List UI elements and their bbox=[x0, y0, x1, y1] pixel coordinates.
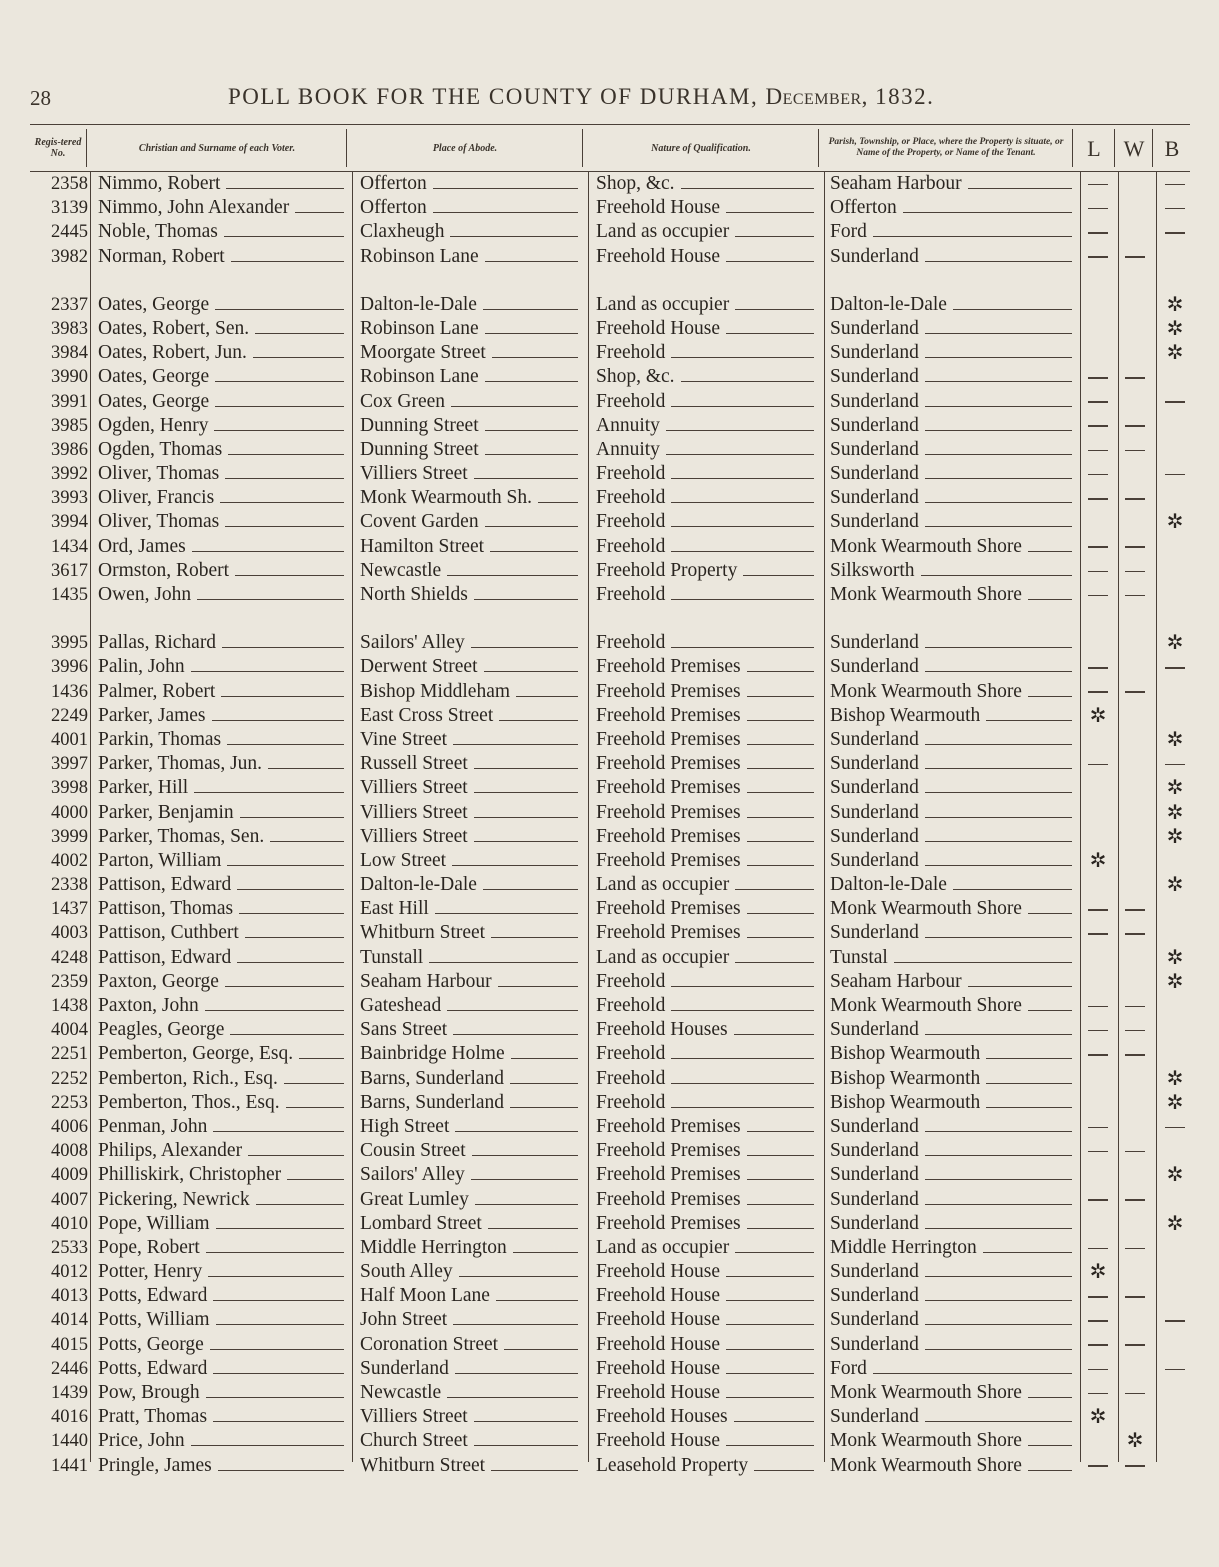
name-text: Owen, John bbox=[98, 584, 191, 605]
registered-no: 2251 bbox=[30, 1042, 88, 1066]
voter-name: Pattison, Cuthbert bbox=[98, 921, 348, 945]
qualification: Freehold bbox=[596, 1042, 818, 1066]
parish-text: Sunderland bbox=[830, 415, 919, 436]
abode-text: Coronation Street bbox=[360, 1334, 498, 1355]
qual-text: Land as occupier bbox=[596, 947, 729, 968]
dot-leader bbox=[747, 767, 814, 769]
vote-B bbox=[1158, 752, 1192, 776]
dot-leader bbox=[747, 912, 814, 914]
abode-text: Barns, Sunderland bbox=[360, 1092, 504, 1113]
place-of-abode: Lombard Street bbox=[360, 1212, 582, 1236]
vote-B bbox=[1158, 1115, 1192, 1139]
registered-no: 1441 bbox=[30, 1454, 88, 1478]
dot-leader bbox=[474, 1420, 578, 1422]
registered-no: 3983 bbox=[30, 317, 88, 341]
registered-no: 2338 bbox=[30, 873, 88, 897]
parish-text: Sunderland bbox=[830, 487, 919, 508]
qual-text: Freehold bbox=[596, 391, 665, 412]
registered-no: 3985 bbox=[30, 414, 88, 438]
place-of-abode: Sans Street bbox=[360, 1018, 582, 1042]
dot-leader bbox=[459, 1275, 578, 1277]
qualification: Freehold Premises bbox=[596, 704, 818, 728]
dot-leader bbox=[747, 816, 814, 818]
dot-leader bbox=[1028, 1469, 1072, 1471]
qualification: Annuity bbox=[596, 438, 818, 462]
registered-no: 1440 bbox=[30, 1429, 88, 1453]
dot-leader bbox=[747, 936, 814, 938]
voter-row: 2249 Parker, James East Cross Street Fre… bbox=[30, 704, 1190, 728]
vote-L bbox=[1082, 1188, 1114, 1212]
name-text: Pope, William bbox=[98, 1213, 210, 1234]
voter-name: Pemberton, George, Esq. bbox=[98, 1042, 348, 1066]
registered-no: 2249 bbox=[30, 704, 88, 728]
parish: Monk Wearmouth Shore bbox=[830, 680, 1076, 704]
voter-name: Paxton, John bbox=[98, 994, 348, 1018]
dot-leader bbox=[511, 1057, 578, 1059]
dot-leader bbox=[474, 816, 578, 818]
place-of-abode: Church Street bbox=[360, 1429, 582, 1453]
parish-text: Sunderland bbox=[830, 1189, 919, 1210]
title-month: December, bbox=[765, 84, 867, 109]
name-text: Parker, Hill bbox=[98, 777, 188, 798]
registered-no: 2253 bbox=[30, 1091, 88, 1115]
voter-row: 4001 Parkin, Thomas Vine Street Freehold… bbox=[30, 728, 1190, 752]
dot-leader bbox=[485, 380, 578, 382]
parish: Sunderland bbox=[830, 341, 1076, 365]
dot-leader bbox=[747, 695, 814, 697]
parish: Sunderland bbox=[830, 655, 1076, 679]
voter-row: 1439 Pow, Brough Newcastle Freehold Hous… bbox=[30, 1381, 1190, 1405]
dot-leader bbox=[453, 743, 578, 745]
parish-text: Sunderland bbox=[830, 850, 919, 871]
vote-B: ✲ bbox=[1158, 1212, 1192, 1237]
dash-mark-icon bbox=[1088, 474, 1108, 476]
voter-row: 3999 Parker, Thomas, Sen. Villiers Stree… bbox=[30, 825, 1190, 849]
voter-name: Pope, Robert bbox=[98, 1236, 348, 1260]
qualification: Freehold House bbox=[596, 1333, 818, 1357]
name-text: Oliver, Thomas bbox=[98, 463, 219, 484]
registered-no: 3994 bbox=[30, 510, 88, 534]
vote-B bbox=[1158, 172, 1192, 196]
dash-mark-icon bbox=[1088, 1248, 1108, 1250]
vote-L: ✲ bbox=[1082, 1405, 1114, 1430]
voter-row: 4014 Potts, William John Street Freehold… bbox=[30, 1308, 1190, 1332]
qual-text: Freehold bbox=[596, 463, 665, 484]
dot-leader bbox=[671, 1057, 814, 1059]
voter-name: Oliver, Francis bbox=[98, 486, 348, 510]
dot-leader bbox=[726, 1275, 814, 1277]
vote-L bbox=[1082, 994, 1114, 1018]
name-text: Peagles, George bbox=[98, 1019, 224, 1040]
dot-leader bbox=[248, 1154, 344, 1156]
parish: Sunderland bbox=[830, 1139, 1076, 1163]
place-of-abode: Dunning Street bbox=[360, 438, 582, 462]
voter-name: Pattison, Edward bbox=[98, 873, 348, 897]
place-of-abode: Whitburn Street bbox=[360, 921, 582, 945]
registered-no: 1436 bbox=[30, 680, 88, 704]
abode-text: Lombard Street bbox=[360, 1213, 482, 1234]
registered-no: 3995 bbox=[30, 631, 88, 655]
name-text: Pemberton, Rich., Esq. bbox=[98, 1068, 278, 1089]
registered-no: 4015 bbox=[30, 1333, 88, 1357]
abode-text: Seaham Harbour bbox=[360, 971, 492, 992]
parish: Bishop Wearmonth bbox=[830, 1067, 1076, 1091]
parish-text: Sunderland bbox=[830, 632, 919, 653]
registered-no: 4012 bbox=[30, 1260, 88, 1284]
parish-text: Sunderland bbox=[830, 391, 919, 412]
dash-mark-icon bbox=[1088, 1369, 1108, 1371]
star-mark-icon: ✲ bbox=[1167, 1213, 1184, 1235]
name-text: Parton, William bbox=[98, 850, 221, 871]
abode-text: Offerton bbox=[360, 173, 427, 194]
dot-leader bbox=[226, 187, 344, 189]
parish: Sunderland bbox=[830, 849, 1076, 873]
dash-mark-icon bbox=[1088, 571, 1108, 573]
qual-text: Freehold Premises bbox=[596, 753, 741, 774]
dot-leader bbox=[873, 1372, 1072, 1374]
qual-text: Leasehold Property bbox=[596, 1455, 748, 1476]
qual-text: Freehold Premises bbox=[596, 705, 741, 726]
qualification: Freehold Premises bbox=[596, 921, 818, 945]
voter-name: Pemberton, Thos., Esq. bbox=[98, 1091, 348, 1115]
qualification: Freehold Premises bbox=[596, 776, 818, 800]
dot-leader bbox=[227, 743, 344, 745]
dash-mark-icon bbox=[1088, 546, 1108, 548]
place-of-abode: Newcastle bbox=[360, 559, 582, 583]
name-text: Parkin, Thomas bbox=[98, 729, 221, 750]
registered-no: 4006 bbox=[30, 1115, 88, 1139]
qualification: Freehold Premises bbox=[596, 728, 818, 752]
parish-text: Sunderland bbox=[830, 826, 919, 847]
qual-text: Freehold Property bbox=[596, 560, 737, 581]
dot-leader bbox=[471, 1178, 578, 1180]
name-text: Noble, Thomas bbox=[98, 221, 218, 242]
vote-B bbox=[1158, 1308, 1192, 1332]
voter-row: 2445 Noble, Thomas Claxheugh Land as occ… bbox=[30, 220, 1190, 244]
dot-leader bbox=[671, 501, 814, 503]
dot-leader bbox=[743, 574, 814, 576]
voter-row: 4004 Peagles, George Sans Street Freehol… bbox=[30, 1018, 1190, 1042]
name-text: Pemberton, George, Esq. bbox=[98, 1043, 293, 1064]
parish: Dalton-le-Dale bbox=[830, 873, 1076, 897]
parish-text: Sunderland bbox=[830, 511, 919, 532]
qual-text: Freehold House bbox=[596, 1430, 720, 1451]
dash-mark-icon bbox=[1088, 1465, 1108, 1467]
parish: Monk Wearmouth Shore bbox=[830, 1381, 1076, 1405]
parish: Sunderland bbox=[830, 631, 1076, 655]
voter-name: Parker, James bbox=[98, 704, 348, 728]
vote-L bbox=[1082, 462, 1114, 486]
voter-name: Ord, James bbox=[98, 535, 348, 559]
dot-leader bbox=[230, 1033, 344, 1035]
place-of-abode: Derwent Street bbox=[360, 655, 582, 679]
star-mark-icon: ✲ bbox=[1127, 1430, 1144, 1452]
voter-row: 4008 Philips, Alexander Cousin Street Fr… bbox=[30, 1139, 1190, 1163]
parish: Sunderland bbox=[830, 510, 1076, 534]
dot-leader bbox=[925, 332, 1072, 334]
registered-no: 2252 bbox=[30, 1067, 88, 1091]
vote-L: ✲ bbox=[1082, 849, 1114, 874]
parish-text: Sunderland bbox=[830, 1334, 919, 1355]
dot-leader bbox=[671, 550, 814, 552]
dash-mark-icon bbox=[1088, 425, 1108, 427]
parish-text: Monk Wearmouth Shore bbox=[830, 1455, 1022, 1476]
parish-text: Sunderland bbox=[830, 777, 919, 798]
vote-B: ✲ bbox=[1158, 293, 1192, 318]
parish-text: Sunderland bbox=[830, 439, 919, 460]
section-gap bbox=[30, 607, 1190, 631]
name-text: Oliver, Francis bbox=[98, 487, 214, 508]
name-text: Pattison, Cuthbert bbox=[98, 922, 239, 943]
abode-text: Russell Street bbox=[360, 753, 468, 774]
qualification: Land as occupier bbox=[596, 1236, 818, 1260]
vote-L bbox=[1082, 1333, 1114, 1357]
voter-name: Pattison, Thomas bbox=[98, 897, 348, 921]
dash-mark-icon bbox=[1088, 1393, 1108, 1395]
voter-row: 3983 Oates, Robert, Sen. Robinson Lane F… bbox=[30, 317, 1190, 341]
voter-row: 4248 Pattison, Edward Tunstall Land as o… bbox=[30, 946, 1190, 970]
parish: Sunderland bbox=[830, 1333, 1076, 1357]
registered-no: 2337 bbox=[30, 293, 88, 317]
voter-row: 4010 Pope, William Lombard Street Freeho… bbox=[30, 1212, 1190, 1236]
dot-leader bbox=[218, 1469, 344, 1471]
registered-no: 2359 bbox=[30, 970, 88, 994]
qual-text: Freehold House bbox=[596, 246, 720, 267]
abode-text: Whitburn Street bbox=[360, 1455, 485, 1476]
voter-name: Pattison, Edward bbox=[98, 946, 348, 970]
dash-mark-icon bbox=[1088, 450, 1108, 452]
qualification: Freehold bbox=[596, 462, 818, 486]
parish-text: Sunderland bbox=[830, 753, 919, 774]
column-divider bbox=[818, 129, 819, 167]
dot-leader bbox=[231, 260, 344, 262]
name-text: Palin, John bbox=[98, 656, 185, 677]
qualification: Leasehold Property bbox=[596, 1454, 818, 1478]
place-of-abode: Gateshead bbox=[360, 994, 582, 1018]
header-name: Christian and Surname of each Voter. bbox=[88, 125, 346, 171]
page-number: 28 bbox=[30, 86, 51, 111]
voter-row: 3997 Parker, Thomas, Jun. Russell Street… bbox=[30, 752, 1190, 776]
dot-leader bbox=[925, 477, 1072, 479]
abode-text: South Alley bbox=[360, 1261, 453, 1282]
voter-name: Potts, Edward bbox=[98, 1284, 348, 1308]
qualification: Freehold Premises bbox=[596, 825, 818, 849]
parish: Sunderland bbox=[830, 390, 1076, 414]
qual-text: Freehold House bbox=[596, 1285, 720, 1306]
abode-text: East Hill bbox=[360, 898, 429, 919]
dot-leader bbox=[925, 791, 1072, 793]
dot-leader bbox=[953, 888, 1072, 890]
dot-leader bbox=[734, 1033, 814, 1035]
qualification: Freehold Property bbox=[596, 559, 818, 583]
abode-text: Claxheugh bbox=[360, 221, 444, 242]
name-text: Norman, Robert bbox=[98, 246, 225, 267]
dot-leader bbox=[726, 1299, 814, 1301]
abode-text: Cox Green bbox=[360, 391, 445, 412]
dot-leader bbox=[510, 1082, 578, 1084]
qual-text: Freehold Premises bbox=[596, 1213, 741, 1234]
abode-text: High Street bbox=[360, 1116, 449, 1137]
place-of-abode: Whitburn Street bbox=[360, 1454, 582, 1478]
qual-text: Freehold Premises bbox=[596, 1164, 741, 1185]
vote-L bbox=[1082, 1284, 1114, 1308]
registered-no: 4000 bbox=[30, 801, 88, 825]
dot-leader bbox=[215, 405, 344, 407]
qual-text: Freehold Premises bbox=[596, 681, 741, 702]
dash-mark-icon bbox=[1125, 571, 1145, 573]
dot-leader bbox=[754, 1469, 814, 1471]
registered-no: 1439 bbox=[30, 1381, 88, 1405]
dot-leader bbox=[726, 1323, 814, 1325]
parish-text: Sunderland bbox=[830, 729, 919, 750]
dot-leader bbox=[925, 1130, 1072, 1132]
dot-leader bbox=[968, 187, 1072, 189]
place-of-abode: Bainbridge Holme bbox=[360, 1042, 582, 1066]
star-mark-icon: ✲ bbox=[1167, 947, 1184, 969]
page-header: 28 POLL BOOK FOR THE COUNTY OF DURHAM, D… bbox=[0, 84, 1219, 114]
vote-L bbox=[1082, 486, 1114, 510]
dot-leader bbox=[1028, 598, 1072, 600]
qualification: Freehold bbox=[596, 341, 818, 365]
qual-text: Annuity bbox=[596, 415, 660, 436]
qual-text: Freehold bbox=[596, 995, 665, 1016]
qual-text: Freehold House bbox=[596, 318, 720, 339]
parish: Sunderland bbox=[830, 486, 1076, 510]
dot-leader bbox=[213, 1372, 344, 1374]
dot-leader bbox=[671, 405, 814, 407]
parish: Monk Wearmouth Shore bbox=[830, 994, 1076, 1018]
place-of-abode: South Alley bbox=[360, 1260, 582, 1284]
place-of-abode: Hamilton Street bbox=[360, 535, 582, 559]
parish: Sunderland bbox=[830, 1115, 1076, 1139]
dash-mark-icon bbox=[1088, 1344, 1108, 1346]
dot-leader bbox=[220, 501, 344, 503]
place-of-abode: Sunderland bbox=[360, 1357, 582, 1381]
vote-W bbox=[1118, 680, 1152, 704]
place-of-abode: Villiers Street bbox=[360, 1405, 582, 1429]
dot-leader bbox=[451, 405, 578, 407]
name-text: Palmer, Robert bbox=[98, 681, 215, 702]
parish: Middle Herrington bbox=[830, 1236, 1076, 1260]
voter-name: Potts, Edward bbox=[98, 1357, 348, 1381]
dot-leader bbox=[237, 888, 344, 890]
parish-text: Bishop Wearmouth bbox=[830, 1043, 980, 1064]
poll-table: Regis-tered No. Christian and Surname of… bbox=[30, 124, 1190, 1478]
qualification: Freehold bbox=[596, 583, 818, 607]
voter-name: Oates, Robert, Sen. bbox=[98, 317, 348, 341]
vote-L bbox=[1082, 1115, 1114, 1139]
abode-text: Bainbridge Holme bbox=[360, 1043, 505, 1064]
dot-leader bbox=[671, 985, 814, 987]
table-body: 2358 Nimmo, Robert Offerton Shop, &c. Se… bbox=[30, 172, 1190, 1478]
dot-leader bbox=[216, 1227, 344, 1229]
dot-leader bbox=[925, 864, 1072, 866]
dot-leader bbox=[513, 1251, 578, 1253]
registered-no: 3999 bbox=[30, 825, 88, 849]
voter-row: 4015 Potts, George Coronation Street Fre… bbox=[30, 1333, 1190, 1357]
dot-leader bbox=[206, 1396, 344, 1398]
place-of-abode: Great Lumley bbox=[360, 1188, 582, 1212]
abode-text: North Shields bbox=[360, 584, 468, 605]
dot-leader bbox=[983, 1251, 1072, 1253]
place-of-abode: Half Moon Lane bbox=[360, 1284, 582, 1308]
voter-row: 2253 Pemberton, Thos., Esq. Barns, Sunde… bbox=[30, 1091, 1190, 1115]
qual-text: Land as occupier bbox=[596, 294, 729, 315]
abode-text: Sailors' Alley bbox=[360, 632, 465, 653]
dot-leader bbox=[433, 187, 578, 189]
dot-leader bbox=[474, 598, 578, 600]
vote-W bbox=[1118, 486, 1152, 510]
voter-name: Owen, John bbox=[98, 583, 348, 607]
star-mark-icon: ✲ bbox=[1090, 1406, 1107, 1428]
name-text: Pattison, Thomas bbox=[98, 898, 233, 919]
abode-text: Cousin Street bbox=[360, 1140, 466, 1161]
vote-L bbox=[1082, 1139, 1114, 1163]
parish-text: Sunderland bbox=[830, 922, 919, 943]
voter-row: 3995 Pallas, Richard Sailors' Alley Free… bbox=[30, 631, 1190, 655]
dot-leader bbox=[510, 1106, 578, 1108]
registered-no: 4016 bbox=[30, 1405, 88, 1429]
vote-L bbox=[1082, 196, 1114, 220]
dot-leader bbox=[484, 670, 579, 672]
dash-mark-icon bbox=[1088, 764, 1108, 766]
voter-row: 3998 Parker, Hill Villiers Street Freeho… bbox=[30, 776, 1190, 800]
dot-leader bbox=[299, 1057, 344, 1059]
parish: Sunderland bbox=[830, 1188, 1076, 1212]
parish: Monk Wearmouth Shore bbox=[830, 1454, 1076, 1478]
place-of-abode: Villiers Street bbox=[360, 462, 582, 486]
star-mark-icon: ✲ bbox=[1090, 705, 1107, 727]
parish: Silksworth bbox=[830, 559, 1076, 583]
dot-leader bbox=[726, 260, 814, 262]
parish: Bishop Wearmouth bbox=[830, 1042, 1076, 1066]
dot-leader bbox=[485, 429, 578, 431]
dot-leader bbox=[191, 1444, 344, 1446]
dot-leader bbox=[925, 767, 1072, 769]
header-L: L bbox=[1074, 125, 1114, 171]
parish: Sunderland bbox=[830, 1308, 1076, 1332]
dash-mark-icon bbox=[1165, 1127, 1185, 1129]
dot-leader bbox=[671, 1082, 814, 1084]
dash-mark-icon bbox=[1088, 256, 1108, 258]
dash-mark-icon bbox=[1165, 474, 1185, 476]
place-of-abode: Offerton bbox=[360, 196, 582, 220]
parish: Tunstal bbox=[830, 946, 1076, 970]
voter-name: Oliver, Thomas bbox=[98, 510, 348, 534]
dot-leader bbox=[485, 525, 578, 527]
vote-B bbox=[1158, 1357, 1192, 1381]
place-of-abode: Dalton-le-Dale bbox=[360, 293, 582, 317]
dash-mark-icon bbox=[1165, 401, 1185, 403]
parish-text: Sunderland bbox=[830, 318, 919, 339]
registered-no: 4248 bbox=[30, 946, 88, 970]
registered-no: 2446 bbox=[30, 1357, 88, 1381]
place-of-abode: Middle Herrington bbox=[360, 1236, 582, 1260]
qualification: Shop, &c. bbox=[596, 365, 818, 389]
dot-leader bbox=[224, 235, 344, 237]
dot-leader bbox=[213, 1420, 344, 1422]
qual-text: Freehold Houses bbox=[596, 1019, 728, 1040]
vote-B: ✲ bbox=[1158, 946, 1192, 971]
parish-text: Sunderland bbox=[830, 342, 919, 363]
dash-mark-icon bbox=[1088, 1199, 1108, 1201]
vote-W bbox=[1118, 414, 1152, 438]
voter-row: 3617 Ormston, Robert Newcastle Freehold … bbox=[30, 559, 1190, 583]
dot-leader bbox=[925, 646, 1072, 648]
registered-no: 3617 bbox=[30, 559, 88, 583]
dot-leader bbox=[986, 1106, 1072, 1108]
dot-leader bbox=[239, 912, 344, 914]
